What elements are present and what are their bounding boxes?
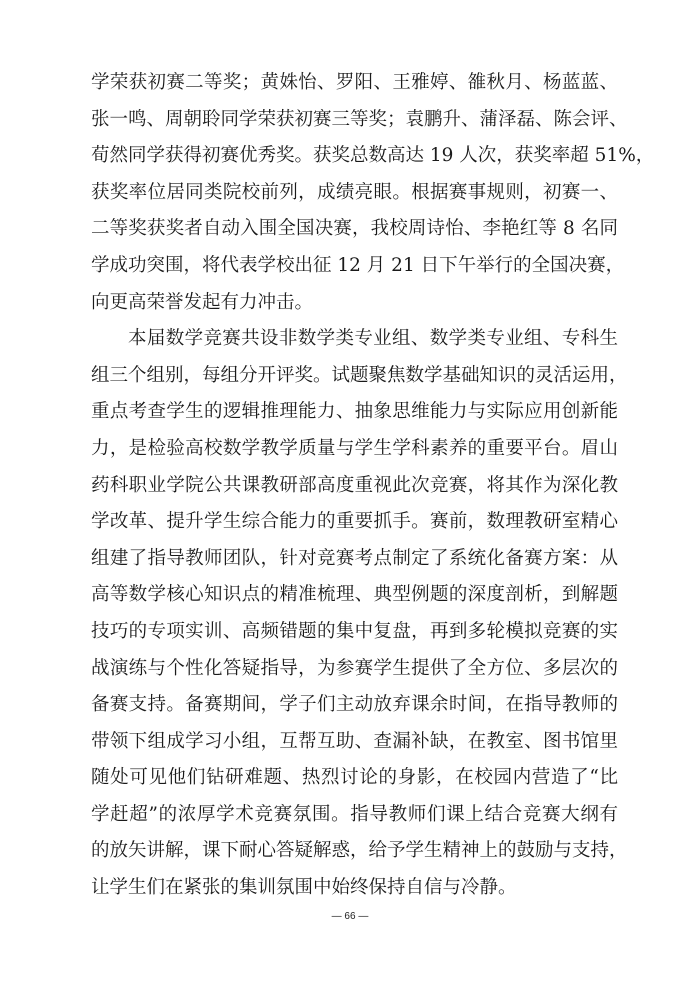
text-line: 学赶超”的浓厚学术竞赛氛围。指导教师们课上结合竞赛大纲有 [91, 797, 618, 834]
text-line: 的放矢讲解，课下耐心答疑解惑，给予学生精神上的鼓励与支持， [91, 833, 618, 870]
text-line: 备赛支持。备赛期间，学子们主动放弃课余时间，在指导教师的 [91, 687, 618, 724]
text-line: 让学生们在紧张的集训氛围中始终保持自信与冷静。 [91, 870, 618, 907]
text-line: 获奖率位居同类院校前列，成绩亮眼。根据赛事规则，初赛一、 [91, 175, 618, 212]
text-line: 组建了指导教师团队，针对竞赛考点制定了系统化备赛方案：从 [91, 541, 618, 578]
paragraph-1: 学荣获初赛二等奖；黄姝怡、罗阳、王雅婷、雒秋月、杨蓝蓝、 张一鸣、周朝聆同学荣获… [91, 65, 618, 321]
text-line: 本届数学竞赛共设非数学类专业组、数学类专业组、专科生 [91, 321, 618, 358]
paragraph-2: 本届数学竞赛共设非数学类专业组、数学类专业组、专科生 组三个组别，每组分开评奖。… [91, 321, 618, 907]
body-text: 学荣获初赛二等奖；黄姝怡、罗阳、王雅婷、雒秋月、杨蓝蓝、 张一鸣、周朝聆同学荣获… [91, 65, 618, 907]
text-line: 组三个组别，每组分开评奖。试题聚焦数学基础知识的灵活运用， [91, 358, 618, 395]
text-line: 力，是检验高校数学教学质量与学生学科素养的重要平台。眉山 [91, 431, 618, 468]
document-page: 学荣获初赛二等奖；黄姝怡、罗阳、王雅婷、雒秋月、杨蓝蓝、 张一鸣、周朝聆同学荣获… [0, 0, 700, 989]
text-line: 随处可见他们钻研难题、热烈讨论的身影，在校园内营造了“比 [91, 760, 618, 797]
text-line: 带领下组成学习小组，互帮互助、查漏补缺，在教室、图书馆里 [91, 724, 618, 761]
text-line: 二等奖获奖者自动入围全国决赛，我校周诗怡、李艳红等 8 名同 [91, 211, 618, 248]
text-line: 战演练与个性化答疑指导，为参赛学生提供了全方位、多层次的 [91, 651, 618, 688]
text-line: 荀然同学获得初赛优秀奖。获奖总数高达 19 人次，获奖率超 51%， [91, 138, 618, 175]
text-line: 重点考查学生的逻辑推理能力、抽象思维能力与实际应用创新能 [91, 394, 618, 431]
text-line: 张一鸣、周朝聆同学荣获初赛三等奖；袁鹏升、蒲泽磊、陈会评、 [91, 102, 618, 139]
text-line: 药科职业学院公共课教研部高度重视此次竞赛，将其作为深化教 [91, 468, 618, 505]
text-line: 技巧的专项实训、高频错题的集中复盘，再到多轮模拟竞赛的实 [91, 614, 618, 651]
page-number: — 66 — [0, 911, 700, 922]
text-line: 学改革、提升学生综合能力的重要抓手。赛前，数理教研室精心 [91, 504, 618, 541]
text-line: 向更高荣誉发起有力冲击。 [91, 285, 618, 322]
text-line: 学成功突围，将代表学校出征 12 月 21 日下午举行的全国决赛， [91, 248, 618, 285]
text-line: 学荣获初赛二等奖；黄姝怡、罗阳、王雅婷、雒秋月、杨蓝蓝、 [91, 65, 618, 102]
text-line: 高等数学核心知识点的精准梳理、典型例题的深度剖析，到解题 [91, 577, 618, 614]
